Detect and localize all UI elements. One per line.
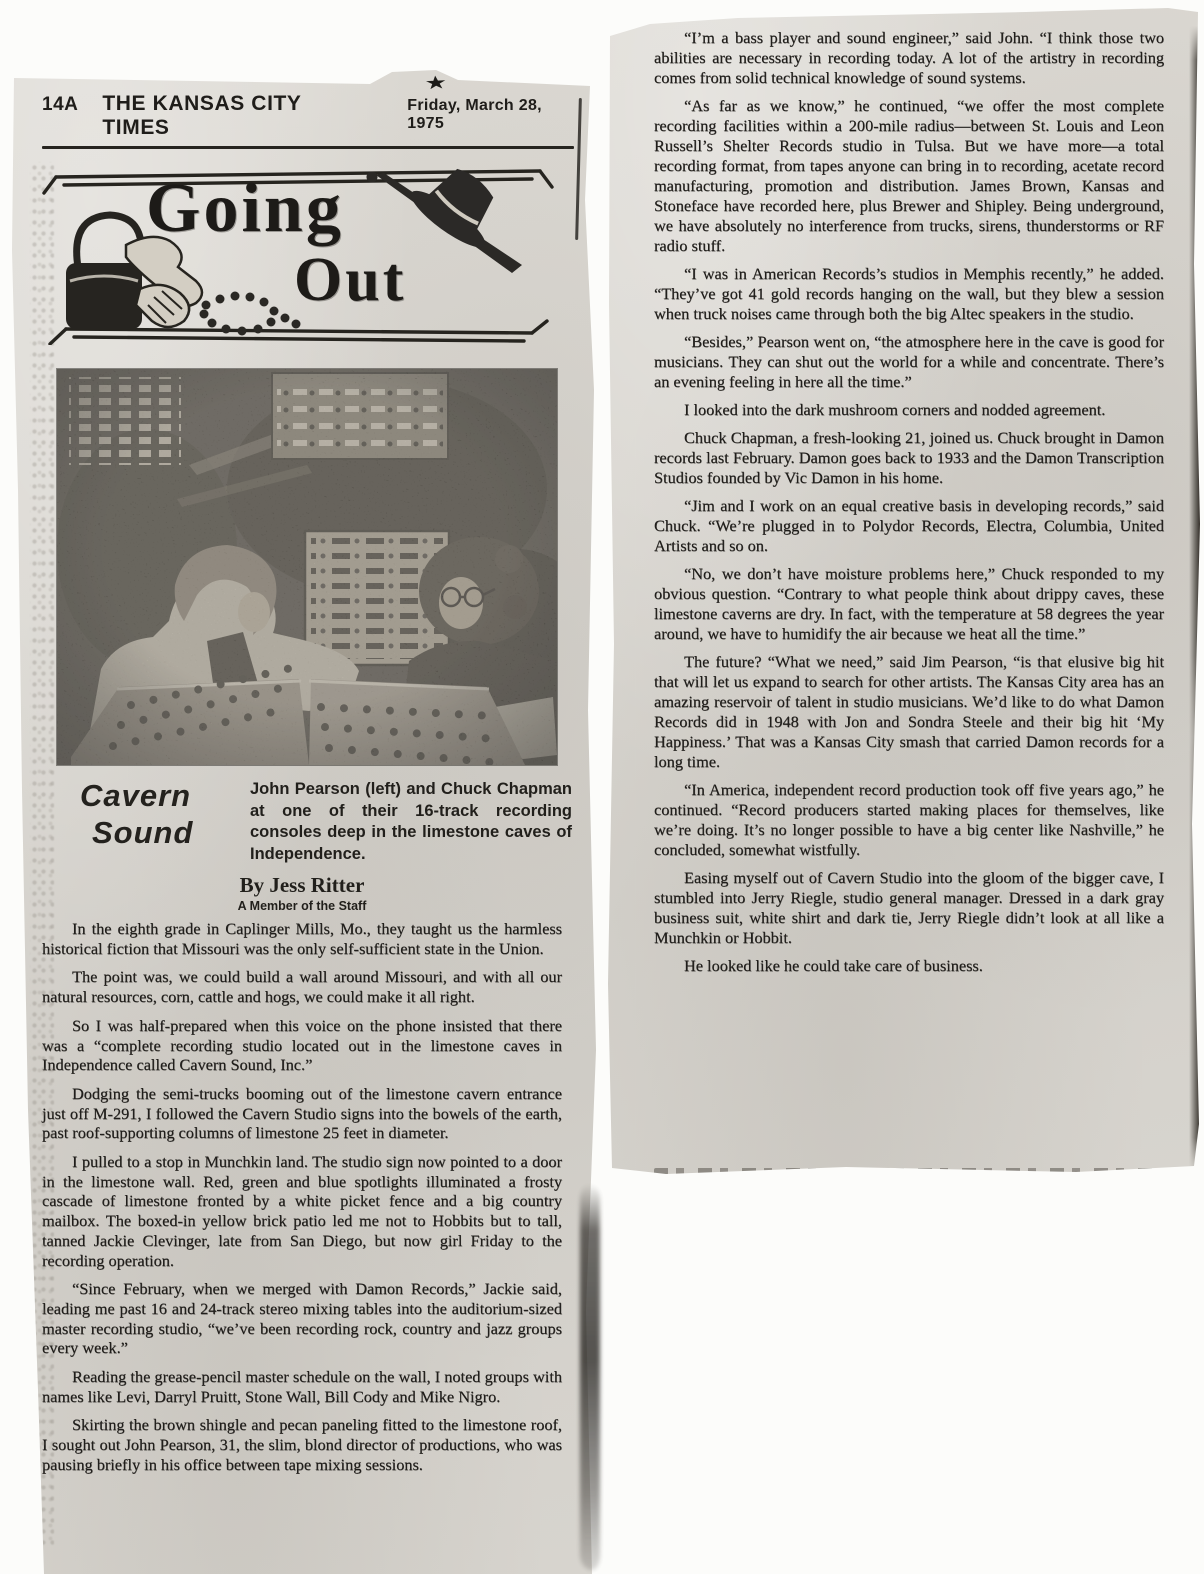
photo-halftone-illustration: [57, 369, 557, 765]
glue-texture-strip: [30, 162, 54, 1548]
clipping-edge-smudge: [580, 1184, 600, 1570]
article-paragraph: I looked into the dark mushroom corners …: [654, 400, 1164, 420]
issue-date: Friday, March 28, 1975: [407, 97, 576, 133]
logo-word-going: Going: [146, 169, 344, 249]
caption-kicker: Cavern Sound: [80, 777, 228, 865]
article-paragraph: Reading the grease-pencil master schedul…: [42, 1367, 562, 1406]
page-number-label: 14A: [42, 94, 78, 116]
article-left-column: In the eighth grade in Caplinger Mills, …: [42, 919, 562, 1475]
article-paragraph: He looked like he could take care of bus…: [654, 956, 1164, 976]
article-paragraph: Chuck Chapman, a fresh-looking 21, joine…: [654, 428, 1164, 488]
article-paragraph: “Jim and I work on an equal creative bas…: [654, 496, 1164, 556]
article-paragraph: “No, we don’t have moisture problems her…: [654, 564, 1164, 644]
torn-edge-shadow: [1189, 26, 1202, 1172]
article-paragraph: Dodging the semi-trucks booming out of t…: [42, 1084, 562, 1143]
byline-role: A Member of the Staff: [42, 899, 562, 913]
article-paragraph: The future? “What we need,” said Jim Pea…: [654, 652, 1164, 772]
scanned-newspaper-page: ★ 14A THE KANSAS CITY TIMES Friday, Marc…: [0, 0, 1204, 1574]
article-paragraph: “Besides,” Pearson went on, “the atmosph…: [654, 332, 1164, 392]
article-photo: [57, 369, 557, 765]
article-paragraph: So I was half-prepared when this voice o…: [42, 1016, 562, 1075]
article-paragraph: I pulled to a stop in Munchkin land. The…: [42, 1152, 562, 1270]
article-paragraph: The point was, we could build a wall aro…: [42, 967, 562, 1006]
caption-text: John Pearson (left) and Chuck Chapman at…: [250, 779, 572, 865]
caption-kicker-line1: Cavern: [80, 778, 191, 813]
pushpin-icon: ★: [425, 73, 447, 93]
masthead-rule: [42, 146, 574, 149]
photo-caption: Cavern Sound John Pearson (left) and Chu…: [80, 777, 574, 865]
byline: By Jess Ritter A Member of the Staff: [42, 873, 562, 913]
article-paragraph: “I’m a bass player and sound engineer,” …: [654, 28, 1164, 88]
article-paragraph: “As far as we know,” he continued, “we o…: [654, 96, 1164, 256]
clipped-text-remnant: [654, 1168, 1162, 1175]
masthead: ★ 14A THE KANSAS CITY TIMES Friday, Marc…: [42, 92, 576, 149]
byline-author: By Jess Ritter: [42, 873, 562, 898]
article-paragraph: “I was in American Records’s studios in …: [654, 264, 1164, 324]
article-paragraph: Easing myself out of Cavern Studio into …: [654, 868, 1164, 948]
torn-edge-mark: [575, 98, 582, 240]
article-paragraph: Skirting the brown shingle and pecan pan…: [42, 1415, 562, 1474]
article-right-column: “I’m a bass player and sound engineer,” …: [606, 4, 1200, 976]
newspaper-clipping-left: ★ 14A THE KANSAS CITY TIMES Friday, Marc…: [0, 70, 602, 1574]
newspaper-name: THE KANSAS CITY TIMES: [102, 92, 363, 140]
article-paragraph: In the eighth grade in Caplinger Mills, …: [42, 919, 562, 958]
going-out-column-logo: Going Out: [40, 163, 554, 345]
logo-word-out: Out: [294, 245, 406, 316]
newspaper-clipping-right: “I’m a bass player and sound engineer,” …: [606, 4, 1202, 1178]
article-paragraph: “Since February, when we merged with Dam…: [42, 1279, 562, 1358]
article-paragraph: “In America, independent record producti…: [654, 780, 1164, 860]
caption-kicker-line2: Sound: [80, 814, 228, 851]
